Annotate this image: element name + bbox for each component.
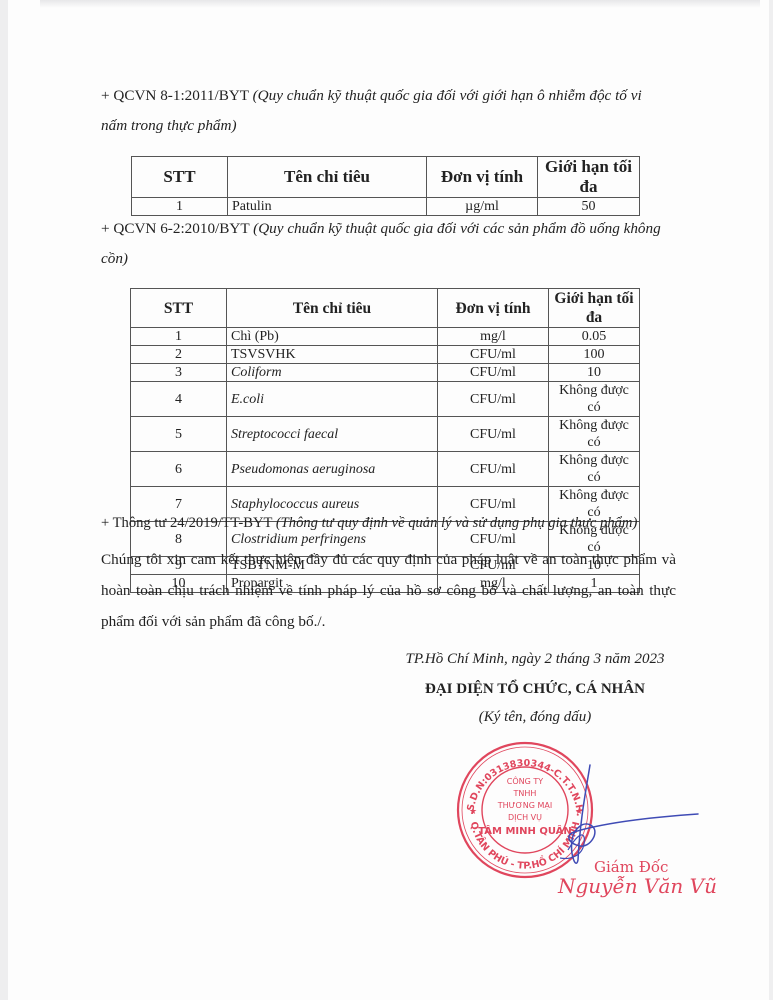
cell-name: Coliform — [227, 364, 438, 382]
header-unit: Đơn vị tính — [438, 289, 549, 328]
qcvn81-code: + QCVN 8-1:2011/BYT — [101, 87, 249, 104]
signature-note: (Ký tên, đóng dấu) — [370, 709, 700, 726]
table-row: 5Streptococci faecalCFU/mlKhông được có — [131, 417, 640, 452]
cell-stt: 5 — [131, 417, 227, 452]
qcvn62-paragraph: + QCVN 6-2:2010/BYT (Quy chuẩn kỹ thuật … — [101, 214, 676, 274]
commitment-line: Chúng tôi xin cam kết thực hiện đầy đủ c… — [101, 544, 676, 575]
cell-name: Streptococci faecal — [227, 417, 438, 452]
cell-limit: Không được có — [549, 382, 640, 417]
circular-desc: (Thông tư quy định về quản lý và sử dụng… — [276, 515, 638, 531]
signature-title: ĐẠI DIỆN TỔ CHỨC, CÁ NHÂN — [370, 681, 700, 698]
cell-unit: CFU/ml — [438, 452, 549, 487]
cell-limit: 0.05 — [549, 328, 640, 346]
cell-name: Patulin — [228, 198, 427, 216]
director-name: Nguyễn Văn Vũ — [558, 874, 717, 898]
svg-text:CÔNG TY: CÔNG TY — [507, 775, 543, 786]
commitment-line: phẩm đối với sản phẩm đã công bố./. — [101, 606, 676, 637]
cell-stt: 3 — [131, 364, 227, 382]
cell-unit: CFU/ml — [438, 364, 549, 382]
signature-date: TP.Hồ Chí Minh, ngày 2 tháng 3 năm 2023 — [370, 651, 700, 668]
cell-stt: 6 — [131, 452, 227, 487]
qcvn62-desc-cont: cồn) — [101, 250, 128, 267]
svg-text:DỊCH VỤ: DỊCH VỤ — [508, 813, 542, 823]
header-stt: STT — [131, 289, 227, 328]
cell-limit: 100 — [549, 346, 640, 364]
table-row: 2TSVSVHKCFU/ml100 — [131, 346, 640, 364]
header-name: Tên chỉ tiêu — [227, 289, 438, 328]
cell-stt: 1 — [132, 198, 228, 216]
cell-unit: CFU/ml — [438, 346, 549, 364]
cell-stt: 4 — [131, 382, 227, 417]
cell-name: TSVSVHK — [227, 346, 438, 364]
table-header-row: STT Tên chỉ tiêu Đơn vị tính Giới hạn tố… — [132, 157, 640, 198]
cell-limit: Không được có — [549, 452, 640, 487]
table-qcvn81: STT Tên chỉ tiêu Đơn vị tính Giới hạn tố… — [131, 156, 640, 216]
cell-stt: 1 — [131, 328, 227, 346]
table-row: 1Chì (Pb)mg/l0.05 — [131, 328, 640, 346]
commitment-paragraph: Chúng tôi xin cam kết thực hiện đầy đủ c… — [101, 544, 676, 637]
table-row: 3ColiformCFU/ml10 — [131, 364, 640, 382]
circular-code: + Thông tư 24/2019/TT-BYT — [101, 515, 272, 531]
header-name: Tên chỉ tiêu — [228, 157, 427, 198]
circular-paragraph: + Thông tư 24/2019/TT-BYT (Thông tư quy … — [101, 508, 676, 538]
cell-limit: 50 — [538, 198, 640, 216]
cell-limit: Không được có — [549, 417, 640, 452]
qcvn62-code: + QCVN 6-2:2010/BYT — [101, 220, 249, 237]
qcvn81-desc-cont: nấm trong thực phẩm) — [101, 117, 237, 134]
qcvn62-desc: (Quy chuẩn kỹ thuật quốc gia đối với các… — [253, 220, 661, 237]
header-unit: Đơn vị tính — [427, 157, 538, 198]
cell-unit: CFU/ml — [438, 417, 549, 452]
svg-text:TNHH: TNHH — [513, 789, 537, 798]
qcvn81-desc: (Quy chuẩn kỹ thuật quốc gia đối với giớ… — [253, 87, 642, 104]
table-row: 1Patulinµg/ml50 — [132, 198, 640, 216]
commitment-line: hoàn toàn chịu trách nhiệm về tính pháp … — [101, 575, 676, 606]
cell-unit: CFU/ml — [438, 382, 549, 417]
cell-unit: µg/ml — [427, 198, 538, 216]
header-limit: Giới hạn tối đa — [549, 289, 640, 328]
table-row: 4E.coliCFU/mlKhông được có — [131, 382, 640, 417]
header-limit: Giới hạn tối đa — [538, 157, 640, 198]
table-header-row: STT Tên chỉ tiêu Đơn vị tính Giới hạn tố… — [131, 289, 640, 328]
cell-limit: 10 — [549, 364, 640, 382]
svg-text:★: ★ — [469, 807, 477, 817]
cell-name: Pseudomonas aeruginosa — [227, 452, 438, 487]
cell-name: E.coli — [227, 382, 438, 417]
cell-stt: 2 — [131, 346, 227, 364]
scan-smudge — [40, 0, 760, 8]
table-row: 6Pseudomonas aeruginosaCFU/mlKhông được … — [131, 452, 640, 487]
qcvn81-paragraph: + QCVN 8-1:2011/BYT (Quy chuẩn kỹ thuật … — [101, 81, 676, 141]
header-stt: STT — [132, 157, 228, 198]
cell-name: Chì (Pb) — [227, 328, 438, 346]
cell-unit: mg/l — [438, 328, 549, 346]
